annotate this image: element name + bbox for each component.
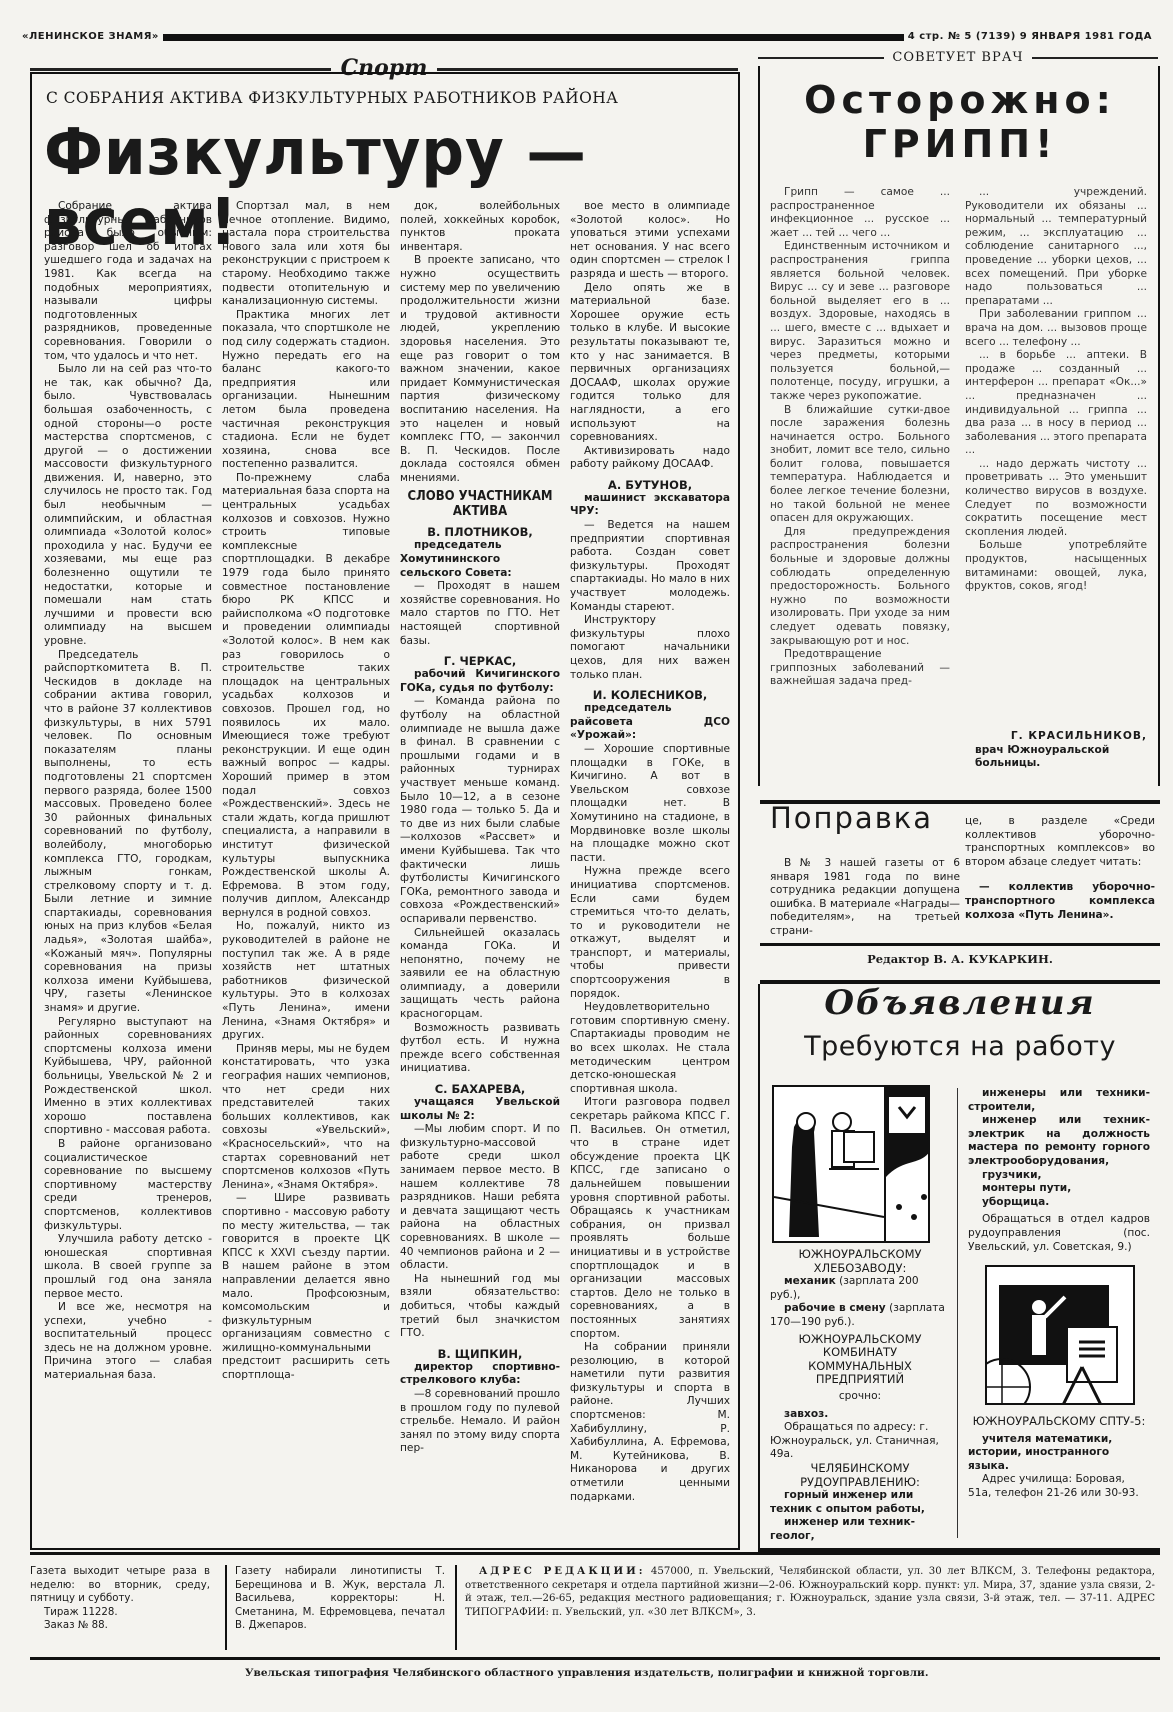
paragraph: док, волейбольных полей, хоккейных короб… — [400, 200, 560, 254]
health-frame-right — [1158, 66, 1160, 786]
health-author-role: врач Южноуральской больницы. — [965, 744, 1147, 771]
divider — [30, 1552, 1160, 1555]
ads-heading: Объявления — [760, 997, 1160, 1011]
paragraph: — Шире развивать спортивно - массовую ра… — [222, 1192, 390, 1382]
issue-info: 4 стр. № 5 (7139) 9 ЯНВАРЯ 1981 ГОДА — [908, 30, 1152, 44]
paragraph: И все же, несмотря на успехи, учебно - в… — [44, 1301, 212, 1383]
school-ad: ЮЖНОУРАЛЬСКОМУ СПТУ-5: учителя математик… — [968, 1415, 1150, 1501]
footer-schedule: Газета выходит четыре раза в неделю: во … — [30, 1565, 210, 1633]
paragraph: В ближайшие сутки-двое после заражения б… — [770, 404, 950, 526]
health-signature: Г. КРАСИЛЬНИКОВ, врач Южноуральской боль… — [965, 730, 1147, 771]
school-illustration — [985, 1265, 1135, 1405]
paragraph: Больше употребляйте продуктов, насыщенны… — [965, 539, 1147, 593]
bakery-illustration — [772, 1085, 930, 1243]
paragraph: При заболевании гриппом ... врача на дом… — [965, 308, 1147, 349]
speaker-role: машинист экскаватора ЧРУ: — [570, 492, 730, 519]
article-column-1: Собрание актива физкультурных работников… — [44, 200, 212, 1545]
shop-counter-icon — [774, 1087, 930, 1243]
paragraph: Возможность развивать футбол есть. И нуж… — [400, 1022, 560, 1076]
editor-credit: Редактор В. А. КУКАРКИН. — [760, 953, 1160, 967]
divider — [760, 943, 1160, 946]
health-column-1: Грипп — самое ... распространенное инфек… — [770, 186, 950, 786]
correction-title: Поправка — [770, 812, 933, 826]
paragraph: ... надо держать чистоту ... проветриват… — [965, 458, 1147, 540]
paragraph: Активизировать надо работу райкому ДОСАА… — [570, 445, 730, 472]
paragraph: На собрании приняли резолюцию, в которой… — [570, 1341, 730, 1504]
masthead-rule — [163, 34, 904, 41]
bakery-ad: ЮЖНОУРАЛЬСКОМУ ХЛЕБОЗАВОДУ: механик (зар… — [770, 1248, 950, 1543]
divider — [30, 1657, 1160, 1660]
ads-frame-left — [758, 984, 760, 1552]
speaker-role: учащаяся Увельской школы № 2: — [400, 1096, 560, 1123]
paragraph: Предотвращение гриппозных заболеваний — … — [770, 648, 950, 689]
masthead: «ЛЕНИНСКОЕ ЗНАМЯ» 4 стр. № 5 (7139) 9 ЯН… — [22, 30, 1152, 44]
health-title: Осторожно: ГРИПП! — [770, 78, 1150, 166]
speaker-name: И. КОЛЕСНИКОВ, — [570, 688, 730, 702]
paragraph: — Проходят в нашем хозяйстве соревновани… — [400, 580, 560, 648]
speaker-name: А. БУТУНОВ, — [570, 478, 730, 492]
paper-name: «ЛЕНИНСКОЕ ЗНАМЯ» — [22, 30, 159, 44]
speaker-name: В. ЩИПКИН, — [400, 1347, 560, 1361]
health-title-line-1: Осторожно: — [770, 78, 1150, 122]
ads-column-divider — [957, 1088, 958, 1538]
paragraph: —Мы любим спорт. И по физкультурно-массо… — [400, 1123, 560, 1273]
paragraph: Дело опять же в материальной базе. Хорош… — [570, 282, 730, 445]
paragraph: ... учреждений. Руководители их обязаны … — [965, 186, 1147, 308]
footer-staff: Газету набирали линотиписты Т. Берещинов… — [235, 1565, 445, 1633]
paragraph: — Команда района по футболу на областной… — [400, 695, 560, 926]
article-subhead: С СОБРАНИЯ АКТИВА ФИЗКУЛЬТУРНЫХ РАБОТНИК… — [46, 92, 706, 106]
paragraph: —8 соревнований прошло в прошлом году по… — [400, 1388, 560, 1456]
ads-subheading: Требуются на работу — [760, 1040, 1160, 1054]
paragraph: Неудовлетворительно готовим спортивную с… — [570, 1001, 730, 1096]
speaker-name: С. БАХАРЕВА, — [400, 1082, 560, 1096]
paragraph: Нужна прежде всего инициатива спортсмено… — [570, 865, 730, 1001]
speaker-role: председатель Хомутининского сельского Со… — [400, 539, 560, 580]
paragraph: вое место в олимпиаде «Золотой колос». Н… — [570, 200, 730, 282]
speaker-role: рабочий Кичигинского ГОКа, судья по футб… — [400, 668, 560, 695]
speaker-role: председатель райсовета ДСО «Урожай»: — [570, 702, 730, 743]
health-author: Г. КРАСИЛЬНИКОВ, — [965, 730, 1147, 744]
paragraph: Для предупреждения распространения болез… — [770, 526, 950, 648]
paragraph: Единственным источником и распространени… — [770, 240, 950, 403]
health-column-2: ... учреждений. Руководители их обязаны … — [965, 186, 1147, 731]
paragraph: ... в борьбе ... аптеки. В продаже ... с… — [965, 349, 1147, 458]
article-title: Физкультуру — всем! — [44, 118, 676, 188]
speaker-name: Г. ЧЕРКАС, — [400, 654, 560, 668]
health-title-line-2: ГРИПП! — [770, 122, 1150, 166]
paragraph: Грипп — самое ... распространенное инфек… — [770, 186, 950, 240]
correction-col-2: це, в разделе «Среди коллективов уборочн… — [965, 815, 1155, 922]
article-column-4: вое место в олимпиаде «Золотой колос». Н… — [570, 200, 730, 1545]
paragraph: Спортзал мал, в нем печное отопление. Ви… — [222, 200, 390, 309]
paragraph: Регулярно выступают на районных соревнов… — [44, 1016, 212, 1138]
paragraph: В районе организовано социалистическое с… — [44, 1138, 212, 1233]
teacher-blackboard-icon — [987, 1267, 1135, 1405]
speaker-role: директор спортивно-стрелкового клуба: — [400, 1361, 560, 1388]
article-column-2: Спортзал мал, в нем печное отопление. Ви… — [222, 200, 390, 1545]
article-column-3: док, волейбольных полей, хоккейных короб… — [400, 200, 560, 1545]
paragraph: На нынешний год мы взяли обязательство: … — [400, 1273, 560, 1341]
paragraph: Собрание актива физкультурных работников… — [44, 200, 212, 363]
paragraph: — Хорошие спортивные площадки в ГОКе, в … — [570, 743, 730, 865]
health-rubric: СОВЕТУЕТ ВРАЧ — [884, 51, 1031, 65]
paragraph: Председатель райспорткомитета В. П. Ческ… — [44, 649, 212, 1016]
paragraph: Итоги разговора подвел секретарь райкома… — [570, 1096, 730, 1341]
paragraph: В проекте записано, что нужно осуществит… — [400, 254, 560, 485]
footer-address: АДРЕС РЕДАКЦИИ: 457000, п. Увельский, Че… — [465, 1565, 1155, 1619]
health-rubric-bar: СОВЕТУЕТ ВРАЧ — [758, 51, 1158, 65]
mine-ad-continued: инженеры или техники-строители, инженер … — [968, 1087, 1150, 1254]
paragraph: Практика многих лет показала, что спортш… — [222, 309, 390, 472]
paragraph: Но, пожалуй, никто из руководителей в ра… — [222, 920, 390, 1042]
paragraph: Сильнейшей оказалась команда ГОКа. И неп… — [400, 927, 560, 1022]
printer-credit: Увельская типография Челябинского област… — [245, 1667, 928, 1681]
correction-col-1: В № 3 нашей газеты от 6 января 1981 года… — [770, 857, 960, 939]
paragraph: По-прежнему слаба материальная база спор… — [222, 472, 390, 921]
paragraph: — Ведется на нашем предприятии спортивна… — [570, 519, 730, 614]
paragraph: Улучшила работу детско - юношеская спорт… — [44, 1233, 212, 1301]
health-frame-left — [758, 66, 760, 786]
paragraph: Было ли на сей раз что-то не так, как об… — [44, 363, 212, 648]
participants-heading: СЛОВО УЧАСТНИКАМ АКТИВА — [400, 489, 560, 519]
paragraph: Приняв меры, мы не будем констатировать,… — [222, 1043, 390, 1193]
paragraph: Инструктору физкультуры плохо помогают н… — [570, 614, 730, 682]
speaker-name: В. ПЛОТНИКОВ, — [400, 525, 560, 539]
